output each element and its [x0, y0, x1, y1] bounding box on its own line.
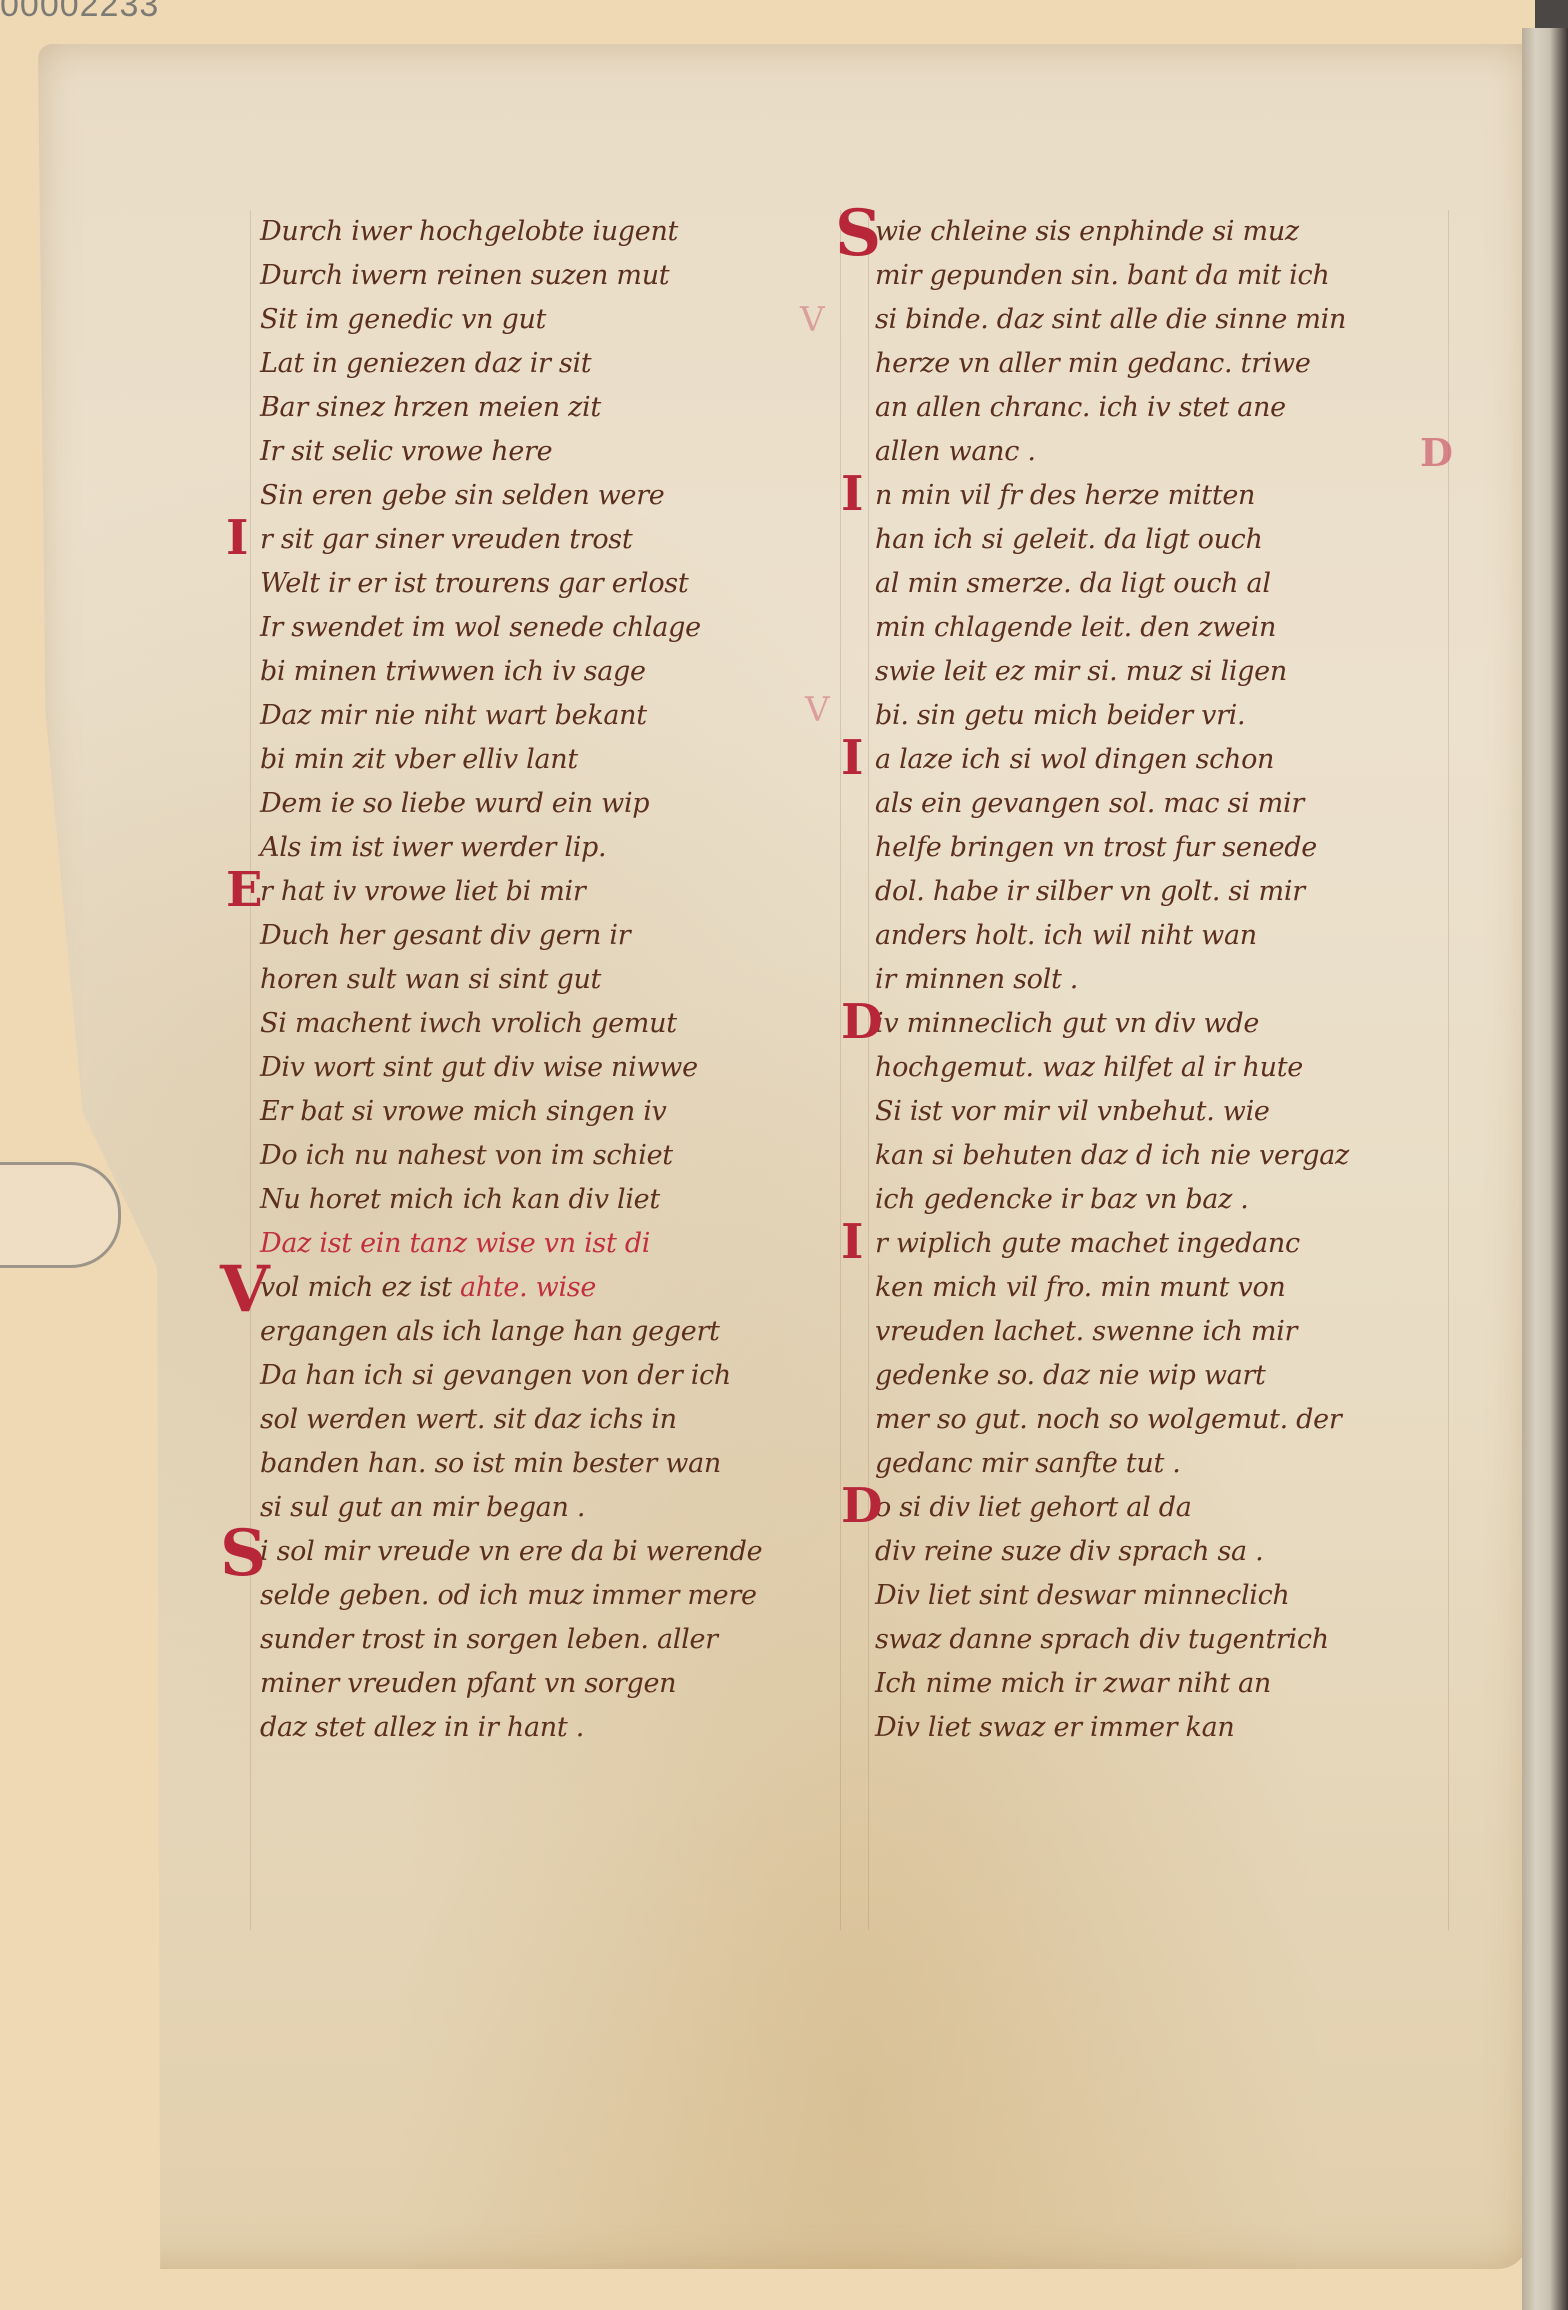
- manuscript-line: Do si div liet gehort al da: [875, 1486, 1455, 1530]
- line-text: Ich nime mich ir zwar niht an: [875, 1668, 1271, 1699]
- line-text: r hat iv vrowe liet bi mir: [260, 876, 586, 907]
- line-text: helfe bringen vn trost fur senede: [875, 832, 1317, 863]
- scan-id: 00002233: [0, 0, 159, 25]
- rubricated-initial: I: [226, 512, 248, 564]
- line-text: o si div liet gehort al da: [875, 1492, 1192, 1523]
- line-text: ken mich vil fro. min munt von: [875, 1272, 1286, 1303]
- line-text: min chlagende leit. den zwein: [875, 612, 1276, 643]
- manuscript-line: ken mich vil fro. min munt von: [875, 1266, 1455, 1310]
- manuscript-line: gedanc mir sanfte tut .: [875, 1442, 1455, 1486]
- binding-gutter: [1522, 28, 1568, 2310]
- text-column-left: Durch iwer hochgelobte iugentDurch iwern…: [260, 210, 840, 1750]
- line-text: r wiplich gute machet ingedanc: [875, 1228, 1300, 1259]
- manuscript-line: Nu horet mich ich kan div liet: [260, 1178, 840, 1222]
- manuscript-line: Vvol mich ez ist ahte. wise: [260, 1266, 840, 1310]
- manuscript-line: Durch iwern reinen suzen mut: [260, 254, 840, 298]
- manuscript-line: ich gedencke ir baz vn baz .: [875, 1178, 1455, 1222]
- line-text: ergangen als ich lange han gegert: [260, 1316, 720, 1347]
- rubricated-initial: I: [841, 468, 863, 520]
- line-text: Div liet swaz er immer kan: [875, 1712, 1235, 1743]
- line-text: mir gepunden sin. bant da mit ich: [875, 260, 1329, 291]
- manuscript-line: In min vil fr des herze mitten: [875, 474, 1455, 518]
- rubricated-initial: I: [841, 732, 863, 784]
- line-text: gedanc mir sanfte tut .: [875, 1448, 1181, 1479]
- manuscript-line: mer so gut. noch so wolgemut. der: [875, 1398, 1455, 1442]
- text-column-right: Swie chleine sis enphinde si muzmir gepu…: [875, 210, 1455, 1750]
- manuscript-line: Daz mir nie niht wart bekant: [260, 694, 840, 738]
- manuscript-line: Ia laze ich si wol dingen schon: [875, 738, 1455, 782]
- manuscript-line: Si sol mir vreude vn ere da bi werende: [260, 1530, 840, 1574]
- manuscript-line: vreuden lachet. swenne ich mir: [875, 1310, 1455, 1354]
- line-text: daz stet allez in ir hant .: [260, 1712, 584, 1743]
- manuscript-line: sunder trost in sorgen leben. aller: [260, 1618, 840, 1662]
- manuscript-line: herze vn aller min gedanc. triwe: [875, 342, 1455, 386]
- line-text: Do ich nu nahest von im schiet: [260, 1140, 673, 1171]
- manuscript-line: Swie chleine sis enphinde si muz: [875, 210, 1455, 254]
- line-text: a laze ich si wol dingen schon: [875, 744, 1274, 775]
- line-text: miner vreuden pfant vn sorgen: [260, 1668, 676, 1699]
- manuscript-line: bi min zit vber elliv lant: [260, 738, 840, 782]
- manuscript-line: miner vreuden pfant vn sorgen: [260, 1662, 840, 1706]
- line-text: Als im ist iwer werder lip.: [260, 832, 606, 863]
- manuscript-line: Si machent iwch vrolich gemut: [260, 1002, 840, 1046]
- line-text: wie chleine sis enphinde si muz: [875, 216, 1299, 247]
- manuscript-line: horen sult wan si sint gut: [260, 958, 840, 1002]
- line-text: ich gedencke ir baz vn baz .: [875, 1184, 1249, 1215]
- line-text: kan si behuten daz d ich nie vergaz: [875, 1140, 1349, 1171]
- manuscript-line: swaz danne sprach div tugentrich: [875, 1618, 1455, 1662]
- line-text: r sit gar siner vreuden trost: [260, 524, 632, 555]
- manuscript-line: bi minen triwwen ich iv sage: [260, 650, 840, 694]
- manuscript-line: Er bat si vrowe mich singen iv: [260, 1090, 840, 1134]
- line-text: Div liet sint deswar minneclich: [875, 1580, 1290, 1611]
- line-text: Sin eren gebe sin selden were: [260, 480, 665, 511]
- line-text: vreuden lachet. swenne ich mir: [875, 1316, 1297, 1347]
- manuscript-line: Dem ie so liebe wurd ein wip: [260, 782, 840, 826]
- manuscript-line: kan si behuten daz d ich nie vergaz: [875, 1134, 1455, 1178]
- line-text: Nu horet mich ich kan div liet: [260, 1184, 660, 1215]
- manuscript-line: als ein gevangen sol. mac si mir: [875, 782, 1455, 826]
- line-text: han ich si geleit. da ligt ouch: [875, 524, 1263, 555]
- line-text: ir minnen solt .: [875, 964, 1078, 995]
- manuscript-line: Durch iwer hochgelobte iugent: [260, 210, 840, 254]
- manuscript-line: si sul gut an mir began .: [260, 1486, 840, 1530]
- line-text: Durch iwern reinen suzen mut: [260, 260, 669, 291]
- line-text: Lat in geniezen daz ir sit: [260, 348, 591, 379]
- line-text: Bar sinez hrzen meien zit: [260, 392, 601, 423]
- manuscript-line: div reine suze div sprach sa .: [875, 1530, 1455, 1574]
- line-text: Div wort sint gut div wise niwwe: [260, 1052, 698, 1083]
- line-text: hochgemut. waz hilfet al ir hute: [875, 1052, 1303, 1083]
- manuscript-line: banden han. so ist min bester wan: [260, 1442, 840, 1486]
- ruling-line: [250, 210, 251, 1930]
- manuscript-line: Als im ist iwer werder lip.: [260, 826, 840, 870]
- manuscript-line: Div wort sint gut div wise niwwe: [260, 1046, 840, 1090]
- line-text: sol werden wert. sit daz ichs in: [260, 1404, 677, 1435]
- line-text: mer so gut. noch so wolgemut. der: [875, 1404, 1341, 1435]
- line-text: Si machent iwch vrolich gemut: [260, 1008, 677, 1039]
- line-text: dol. habe ir silber vn golt. si mir: [875, 876, 1305, 907]
- manuscript-line: Div minneclich gut vn div wde: [875, 1002, 1455, 1046]
- line-text: swaz danne sprach div tugentrich: [875, 1624, 1329, 1655]
- manuscript-line: Ich nime mich ir zwar niht an: [875, 1662, 1455, 1706]
- manuscript-line: min chlagende leit. den zwein: [875, 606, 1455, 650]
- manuscript-line: Div liet swaz er immer kan: [875, 1706, 1455, 1750]
- manuscript-line: Duch her gesant div gern ir: [260, 914, 840, 958]
- rubricated-initial: S: [835, 208, 881, 260]
- line-text: herze vn aller min gedanc. triwe: [875, 348, 1311, 379]
- page-clip: [0, 1162, 121, 1268]
- line-text: Sit im genedic vn gut: [260, 304, 546, 335]
- line-text: sunder trost in sorgen leben. aller: [260, 1624, 718, 1655]
- line-text: Si ist vor mir vil vnbehut. wie: [875, 1096, 1270, 1127]
- manuscript-line: Ir wiplich gute machet ingedanc: [875, 1222, 1455, 1266]
- line-text: bi minen triwwen ich iv sage: [260, 656, 646, 687]
- line-text: Da han ich si gevangen von der ich: [260, 1360, 731, 1391]
- rubricated-initial: D: [841, 996, 882, 1048]
- manuscript-line: swie leit ez mir si. muz si ligen: [875, 650, 1455, 694]
- rubricated-initial: I: [841, 1216, 863, 1268]
- manuscript-line: selde geben. od ich muz immer mere: [260, 1574, 840, 1618]
- manuscript-line: daz stet allez in ir hant .: [260, 1706, 840, 1750]
- rubricated-initial: S: [220, 1528, 266, 1580]
- manuscript-line: anders holt. ich wil niht wan: [875, 914, 1455, 958]
- manuscript-line: ir minnen solt .: [875, 958, 1455, 1002]
- line-text: si binde. daz sint alle die sinne min: [875, 304, 1346, 335]
- line-text: al min smerze. da ligt ouch al: [875, 568, 1271, 599]
- line-text: gedenke so. daz nie wip wart: [875, 1360, 1266, 1391]
- manuscript-line: Da han ich si gevangen von der ich: [260, 1354, 840, 1398]
- line-text: Dem ie so liebe wurd ein wip: [260, 788, 649, 819]
- manuscript-line: sol werden wert. sit daz ichs in: [260, 1398, 840, 1442]
- line-text: bi min zit vber elliv lant: [260, 744, 578, 775]
- line-text: Durch iwer hochgelobte iugent: [260, 216, 678, 247]
- manuscript-line: Sit im genedic vn gut: [260, 298, 840, 342]
- manuscript-line: Div liet sint deswar minneclich: [875, 1574, 1455, 1618]
- manuscript-line: Si ist vor mir vil vnbehut. wie: [875, 1090, 1455, 1134]
- rubricated-initial: E: [226, 864, 262, 916]
- manuscript-line: Sin eren gebe sin selden were: [260, 474, 840, 518]
- line-text: Daz ist ein tanz wise vn ist di: [260, 1228, 650, 1259]
- line-text: banden han. so ist min bester wan: [260, 1448, 721, 1479]
- rubricated-initial: V: [220, 1264, 269, 1316]
- line-text: an allen chranc. ich iv stet ane: [875, 392, 1286, 423]
- manuscript-line: Ir swendet im wol senede chlage: [260, 606, 840, 650]
- manuscript-line: han ich si geleit. da ligt ouch: [875, 518, 1455, 562]
- manuscript-line: ergangen als ich lange han gegert: [260, 1310, 840, 1354]
- line-text: Ir swendet im wol senede chlage: [260, 612, 701, 643]
- manuscript-line: Welt ir er ist trourens gar erlost: [260, 562, 840, 606]
- line-text: vol mich ez ist: [260, 1272, 452, 1303]
- manuscript-line: dol. habe ir silber vn golt. si mir: [875, 870, 1455, 914]
- manuscript-line: Ir sit gar siner vreuden trost: [260, 518, 840, 562]
- line-text: i sol mir vreude vn ere da bi werende: [260, 1536, 762, 1567]
- line-text: Duch her gesant div gern ir: [260, 920, 630, 951]
- line-text: Ir sit selic vrowe here: [260, 436, 552, 467]
- manuscript-line: Daz ist ein tanz wise vn ist di: [260, 1222, 840, 1266]
- manuscript-line: gedenke so. daz nie wip wart: [875, 1354, 1455, 1398]
- manuscript-line: Ir sit selic vrowe here: [260, 430, 840, 474]
- line-text: horen sult wan si sint gut: [260, 964, 601, 995]
- manuscript-line: Bar sinez hrzen meien zit: [260, 386, 840, 430]
- line-text: si sul gut an mir began .: [260, 1492, 585, 1523]
- manuscript-line: mir gepunden sin. bant da mit ich: [875, 254, 1455, 298]
- line-text: swie leit ez mir si. muz si ligen: [875, 656, 1287, 687]
- manuscript-line: an allen chranc. ich iv stet ane: [875, 386, 1455, 430]
- line-text: Daz mir nie niht wart bekant: [260, 700, 647, 731]
- line-text: Welt ir er ist trourens gar erlost: [260, 568, 688, 599]
- line-text: div reine suze div sprach sa .: [875, 1536, 1263, 1567]
- line-text: anders holt. ich wil niht wan: [875, 920, 1257, 951]
- ruling-line: [868, 210, 869, 1930]
- manuscript-line: si binde. daz sint alle die sinne min: [875, 298, 1455, 342]
- line-text: Er bat si vrowe mich singen iv: [260, 1096, 667, 1127]
- manuscript-line: bi. sin getu mich beider vri.: [875, 694, 1455, 738]
- manuscript-line: hochgemut. waz hilfet al ir hute: [875, 1046, 1455, 1090]
- manuscript-line: Do ich nu nahest von im schiet: [260, 1134, 840, 1178]
- line-text: bi. sin getu mich beider vri.: [875, 700, 1245, 731]
- line-text: selde geben. od ich muz immer mere: [260, 1580, 757, 1611]
- rubricated-initial: D: [841, 1480, 882, 1532]
- manuscript-line: Lat in geniezen daz ir sit: [260, 342, 840, 386]
- manuscript-line: allen wanc .: [875, 430, 1455, 474]
- manuscript-line: al min smerze. da ligt ouch al: [875, 562, 1455, 606]
- line-text: als ein gevangen sol. mac si mir: [875, 788, 1304, 819]
- line-text: n min vil fr des herze mitten: [875, 480, 1255, 511]
- rubric-text: ahte. wise: [460, 1272, 596, 1303]
- manuscript-line: helfe bringen vn trost fur senede: [875, 826, 1455, 870]
- manuscript-line: Er hat iv vrowe liet bi mir: [260, 870, 840, 914]
- line-text: iv minneclich gut vn div wde: [875, 1008, 1259, 1039]
- line-text: allen wanc .: [875, 436, 1036, 467]
